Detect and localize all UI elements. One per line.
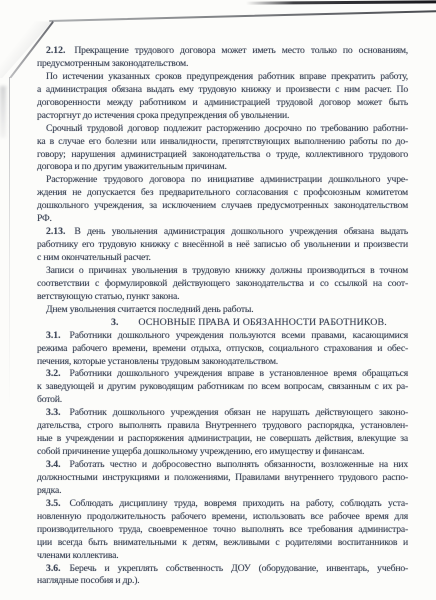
- text-line: 3.1.Работники дошкольного учреждения пол…: [37, 330, 408, 343]
- line-text: работнику его трудовую книжку с внесённо…: [37, 239, 408, 250]
- scan-artifact-left-smudge: [0, 86, 6, 138]
- line-text: РФ.: [37, 213, 52, 224]
- paragraph-number: 2.12.: [46, 45, 65, 56]
- paragraph-number: 3.: [111, 317, 118, 328]
- line-text: договора и по другим уважительным причин…: [37, 161, 227, 172]
- text-line: наглядные пособия и др.).: [37, 575, 408, 588]
- text-line: Записи о причинах увольнения в трудовую …: [37, 265, 408, 278]
- line-text: ОСНОВНЫЕ ПРАВА И ОБЯЗАННОСТИ РАБОТНИКОВ.: [138, 317, 386, 328]
- line-text: По истечении указанных сроков предупрежд…: [46, 71, 408, 82]
- line-text: Расторжение трудового договора по инициа…: [46, 174, 408, 185]
- text-line: режима рабочего времени, времени отдыха,…: [37, 343, 408, 356]
- line-text: Работники дошкольного учреждения вправе …: [70, 368, 408, 379]
- text-line: должностными инструкциями и положениями,…: [37, 472, 408, 485]
- text-line: дошкольного учреждения, за исключением с…: [37, 200, 408, 213]
- text-line: печения, которые установлены трудовым за…: [37, 356, 408, 369]
- paragraph-number: 3.3.: [46, 407, 61, 418]
- paragraph-number: 3.6.: [46, 563, 61, 574]
- text-line: а администрация обязана выдать ему трудо…: [37, 84, 408, 97]
- text-line: По истечении указанных сроков предупрежд…: [37, 71, 408, 84]
- text-line: новленную продолжительность рабочего вре…: [37, 511, 408, 524]
- text-line: дательства, строго выполнять правила Вну…: [37, 420, 408, 433]
- line-text: печения, которые установлены трудовым за…: [37, 356, 278, 367]
- line-text: ветствующую статью, пункт закона.: [37, 291, 179, 302]
- text-line: работнику его трудовую книжку с внесённо…: [37, 239, 408, 252]
- line-text: с ним окончательный расчет.: [37, 252, 151, 263]
- text-line: говору; нарушения администрацией законод…: [37, 149, 408, 162]
- text-line: 3.4.Работать честно и добросовестно выпо…: [37, 459, 408, 472]
- document-text: 2.12.Прекращение трудового договора може…: [37, 45, 408, 588]
- line-text: ка в случае его болезни или инвалидности…: [37, 136, 408, 147]
- line-text: собой причинение ущерба дошкольному учре…: [37, 446, 364, 457]
- text-line: 2.12.Прекращение трудового договора може…: [37, 45, 408, 58]
- text-line: расторгнут до истечения срока предупрежд…: [37, 110, 408, 123]
- text-line: 3.3.Работник дошкольного учреждения обяз…: [37, 407, 408, 420]
- line-text: Днем увольнения считается последний день…: [46, 304, 253, 315]
- text-line: Днем увольнения считается последний день…: [37, 304, 408, 317]
- section-heading-line: 3.ОСНОВНЫЕ ПРАВА И ОБЯЗАННОСТИ РАБОТНИКО…: [37, 317, 408, 330]
- scan-artifact-page-edge: [49, 10, 436, 22]
- line-text: должностными инструкциями и положениями,…: [37, 472, 408, 483]
- line-text: Прекращение трудового договора может име…: [74, 45, 408, 56]
- line-text: В день увольнения администрация дошкольн…: [74, 226, 408, 237]
- line-text: ботой.: [37, 394, 62, 405]
- line-text: дошкольного учреждения, за исключением с…: [37, 200, 408, 211]
- text-line: членами коллектива.: [37, 550, 408, 563]
- text-line: предусмотренным законодательством.: [37, 58, 408, 71]
- text-line: собой причинение ущерба дошкольному учре…: [37, 446, 408, 459]
- text-line: 3.6.Беречь и укреплять собственность ДОУ…: [37, 563, 408, 576]
- text-line: 3.2.Работники дошкольного учреждения впр…: [37, 368, 408, 381]
- line-text: говору; нарушения администрацией законод…: [37, 149, 408, 160]
- scan-artifact-top-edge: [246, 0, 436, 5]
- text-line: 2.13.В день увольнения администрация дош…: [37, 226, 408, 239]
- line-text: Записи о причинах увольнения в трудовую …: [46, 265, 408, 276]
- text-line: ции всегда быть внимательными к детям, в…: [37, 537, 408, 550]
- scanned-document-page: 2.12.Прекращение трудового договора може…: [0, 0, 436, 600]
- line-text: соответствии с формулировкой действующег…: [37, 278, 408, 289]
- line-text: а администрация обязана выдать ему трудо…: [37, 84, 408, 95]
- text-line: к заведующей и другим руководящим работн…: [37, 381, 408, 394]
- line-text: рядка.: [37, 485, 61, 496]
- text-line: производительного труда, своевременное т…: [37, 524, 408, 537]
- text-line: ка в случае его болезни или инвалидности…: [37, 136, 408, 149]
- line-text: новленную продолжительность рабочего вре…: [37, 511, 408, 522]
- line-text: ные в учреждении и распоряжения админист…: [37, 433, 408, 444]
- text-line: Срочный трудовой договор подлежит растор…: [37, 123, 408, 136]
- text-line: ные в учреждении и распоряжения админист…: [37, 433, 408, 446]
- text-line: ждения не допускается без предварительно…: [37, 187, 408, 200]
- line-text: расторгнут до истечения срока предупрежд…: [37, 110, 289, 121]
- text-line: РФ.: [37, 213, 408, 226]
- text-line: ветствующую статью, пункт закона.: [37, 291, 408, 304]
- line-text: Соблюдать дисциплину труда, вовремя прих…: [70, 498, 408, 509]
- line-text: производительного труда, своевременное т…: [37, 524, 408, 535]
- paragraph-number: 3.2.: [46, 368, 61, 379]
- paragraph-number: 3.5.: [46, 498, 61, 509]
- paragraph-number: 3.4.: [46, 459, 61, 470]
- line-text: к заведующей и другим руководящим работн…: [37, 381, 408, 392]
- text-line: договора и по другим уважительным причин…: [37, 161, 408, 174]
- line-text: режима рабочего времени, времени отдыха,…: [37, 343, 408, 354]
- text-line: соответствии с формулировкой действующег…: [37, 278, 408, 291]
- line-text: членами коллектива.: [37, 550, 119, 561]
- scan-artifact-left-edge: [9, 77, 10, 407]
- line-text: ции всегда быть внимательными к детям, в…: [37, 537, 408, 548]
- paragraph-number: 3.1.: [46, 330, 61, 341]
- text-line: договоренности между работником и админи…: [37, 97, 408, 110]
- text-line: Расторжение трудового договора по инициа…: [37, 174, 408, 187]
- text-line: с ним окончательный расчет.: [37, 252, 408, 265]
- text-line: рядка.: [37, 485, 408, 498]
- line-text: Беречь и укреплять собственность ДОУ (об…: [70, 563, 408, 574]
- line-text: Работники дошкольного учреждения пользую…: [70, 330, 408, 341]
- line-text: предусмотренным законодательством.: [37, 58, 188, 69]
- line-text: Срочный трудовой договор подлежит растор…: [46, 123, 408, 134]
- line-text: дательства, строго выполнять правила Вну…: [37, 420, 408, 431]
- line-text: ждения не допускается без предварительно…: [37, 187, 408, 198]
- text-line: 3.5.Соблюдать дисциплину труда, вовремя …: [37, 498, 408, 511]
- text-line: ботой.: [37, 394, 408, 407]
- line-text: договоренности между работником и админи…: [37, 97, 408, 108]
- line-text: Работник дошкольного учреждения обязан н…: [70, 407, 408, 418]
- paragraph-number: 2.13.: [46, 226, 65, 237]
- line-text: Работать честно и добросовестно выполнят…: [70, 459, 408, 470]
- line-text: наглядные пособия и др.).: [37, 575, 139, 586]
